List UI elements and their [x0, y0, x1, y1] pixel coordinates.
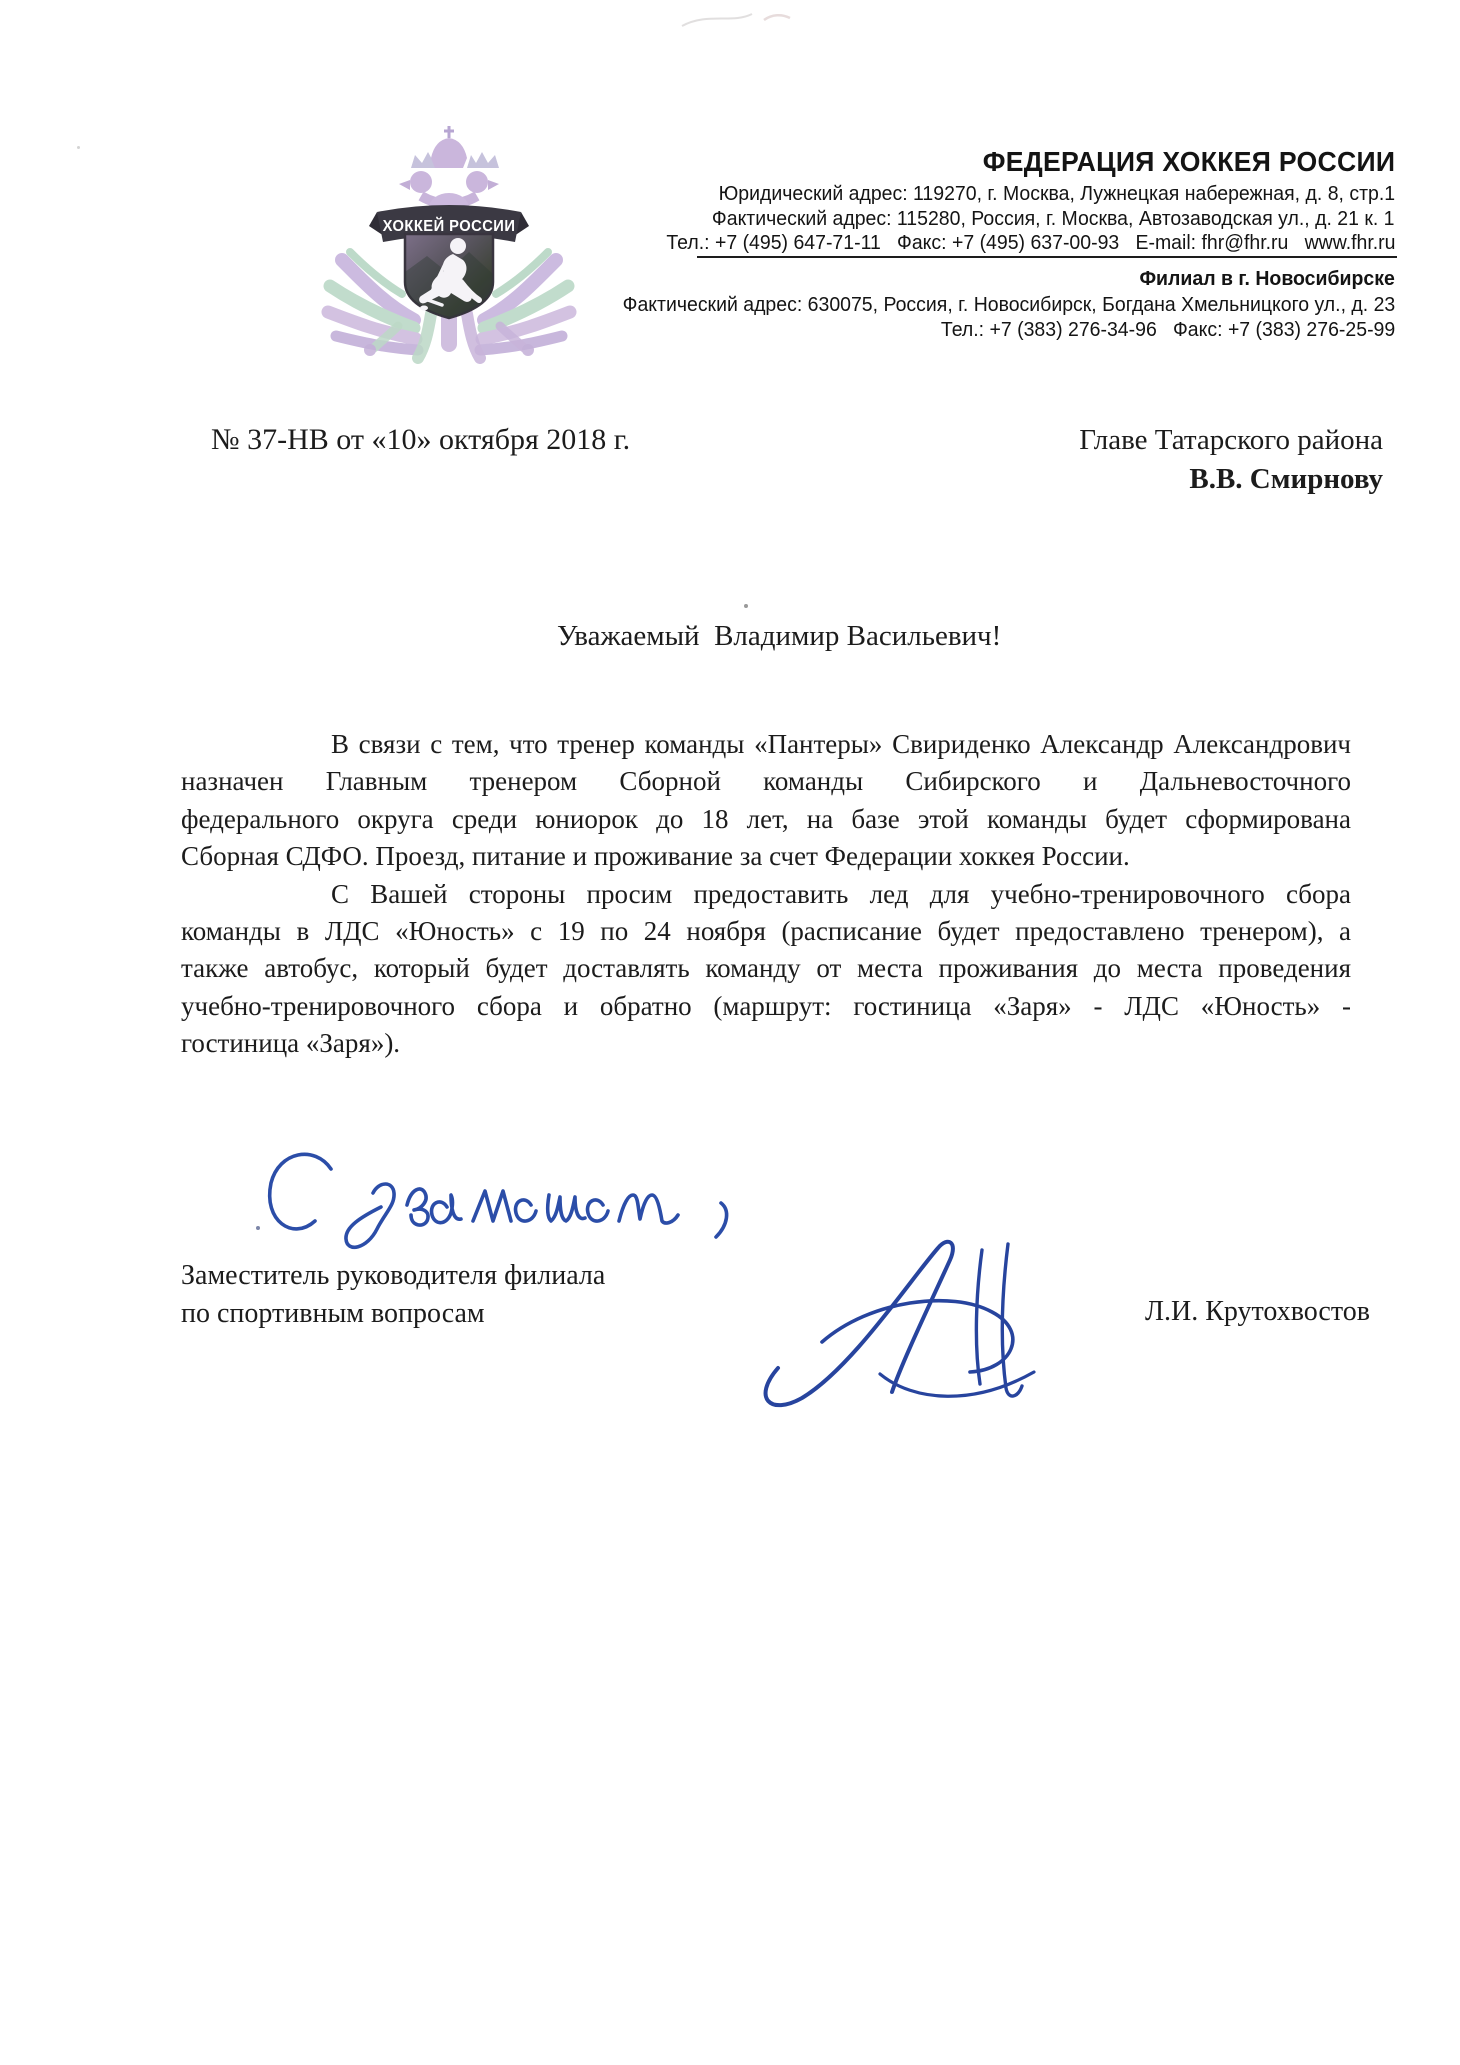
org-name: ФЕДЕРАЦИЯ ХОККЕЯ РОССИИ [982, 146, 1395, 178]
reference-number-line: № 37-НВ от «10» октября 2018 г. [211, 423, 630, 457]
addressee-name: В.В. Смирнову [1079, 460, 1383, 499]
signer-title-line1: Заместитель руководителя филиала [181, 1260, 605, 1292]
scan-speck [744, 604, 748, 608]
legal-address: Юридический адрес: 119270, г. Москва, Лу… [719, 182, 1395, 206]
branch-address: Фактический адрес: 630075, Россия, г. Но… [622, 293, 1395, 317]
branch-name: Филиал в г. Новосибирске [1140, 267, 1395, 291]
scan-speck [77, 146, 80, 149]
salutation: Уважаемый Владимир Васильевич! [557, 620, 1001, 653]
body-line: назначен Главным тренером Сборной команд… [181, 763, 1351, 800]
body-line: гостиница «Заря»). [181, 1025, 1351, 1062]
body-line: федерального округа среди юниорок до 18 … [181, 801, 1351, 838]
signature-scribble [730, 1222, 1125, 1412]
addressee-title: Главе Татарского района [1079, 421, 1383, 460]
body-line: Сборная СДФО. Проезд, питание и проживан… [181, 838, 1351, 875]
body-line: учебно-тренировочного сбора и обратно (м… [181, 988, 1351, 1025]
logo-shield [405, 234, 493, 318]
logo-banner-text: ХОККЕЙ РОССИИ [383, 216, 516, 235]
body-line: команды в ЛДС «Юность» с 19 по 24 ноября… [181, 913, 1351, 950]
org-contacts: Тел.: +7 (495) 647-71-11 Факс: +7 (495) … [666, 231, 1395, 255]
letter-body: В связи с тем, что тренер команды «Панте… [181, 726, 1351, 1063]
closing-handwriting [235, 1133, 745, 1261]
federation-logo: ХОККЕЙ РОССИИ [318, 112, 580, 364]
actual-address: Фактический адрес: 115280, Россия, г. Мо… [712, 207, 1395, 231]
body-line: также автобус, который будет доставлять … [181, 950, 1351, 987]
body-line: В связи с тем, что тренер команды «Панте… [181, 726, 1351, 763]
addressee-block: Главе Татарского района В.В. Смирнову [1079, 421, 1383, 499]
letterhead-divider [697, 256, 1397, 258]
scan-artifact-wisp [680, 6, 800, 32]
signer-name: Л.И. Крутохвостов [1145, 1296, 1370, 1328]
signer-title-line2: по спортивным вопросам [181, 1298, 485, 1330]
body-line: С Вашей стороны просим предоставить лед … [181, 876, 1351, 913]
branch-contacts: Тел.: +7 (383) 276-34-96 Факс: +7 (383) … [941, 318, 1395, 342]
letter-page: ХОККЕЙ РОССИИ ФЕДЕРАЦИЯ ХОККЕЯ РОССИИ Юр… [0, 0, 1460, 2065]
